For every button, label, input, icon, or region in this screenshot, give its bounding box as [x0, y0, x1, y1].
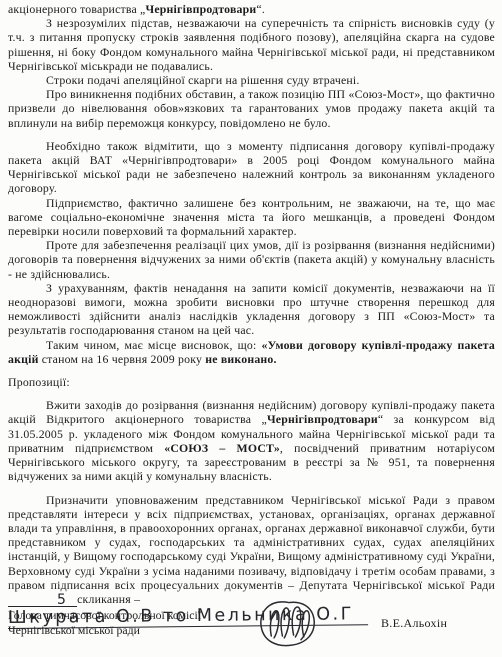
signer-name: В.Е.Альохін — [381, 616, 447, 631]
signer-role-line2: Чернігівської міської ради — [8, 623, 233, 638]
para-termination-actions: Проте для забезпечення реалізації цих ум… — [8, 238, 495, 281]
proposal-appoint: Призначити уповноваженим представником Ч… — [8, 493, 495, 607]
signature-scribble-icon — [233, 597, 343, 649]
signature-block: Голова тимчасової контрольної комісії Че… — [8, 597, 492, 649]
signer-role: Голова тимчасової контрольної комісії Че… — [8, 608, 233, 638]
para-appeal-deadline: Строки подачі апеляційної скарги на ріше… — [8, 73, 495, 87]
proposals-heading: Пропозиції: — [8, 375, 495, 389]
document-page: акціонерного товариства „Чернігівпродтов… — [0, 0, 502, 657]
para-no-notice: Про виникнення подібних обставин, а тако… — [8, 87, 495, 130]
document-body: акціонерного товариства „Чернігівпродтов… — [8, 2, 495, 606]
para-continuation: акціонерного товариства „Чернігівпродтов… — [8, 2, 495, 16]
scan-speck — [66, 576, 68, 578]
proposal-terminate: Вжити заходів до розірвання (визнання не… — [8, 398, 495, 483]
para-obstruction: З урахуванням, фактів ненадання на запит… — [8, 281, 495, 338]
para-control-note: Необхідно також відмітити, що з моменту … — [8, 139, 495, 196]
para-appeal-grounds: З незрозумілих підстав, незважаючи на су… — [8, 16, 495, 73]
para-enterprise: Підприємство, фактично залишене без конт… — [8, 196, 495, 239]
para-conclusion: Таким чином, має місце висновок, що: «Ум… — [8, 338, 495, 366]
signer-role-line1: Голова тимчасової контрольної комісії — [8, 608, 233, 623]
